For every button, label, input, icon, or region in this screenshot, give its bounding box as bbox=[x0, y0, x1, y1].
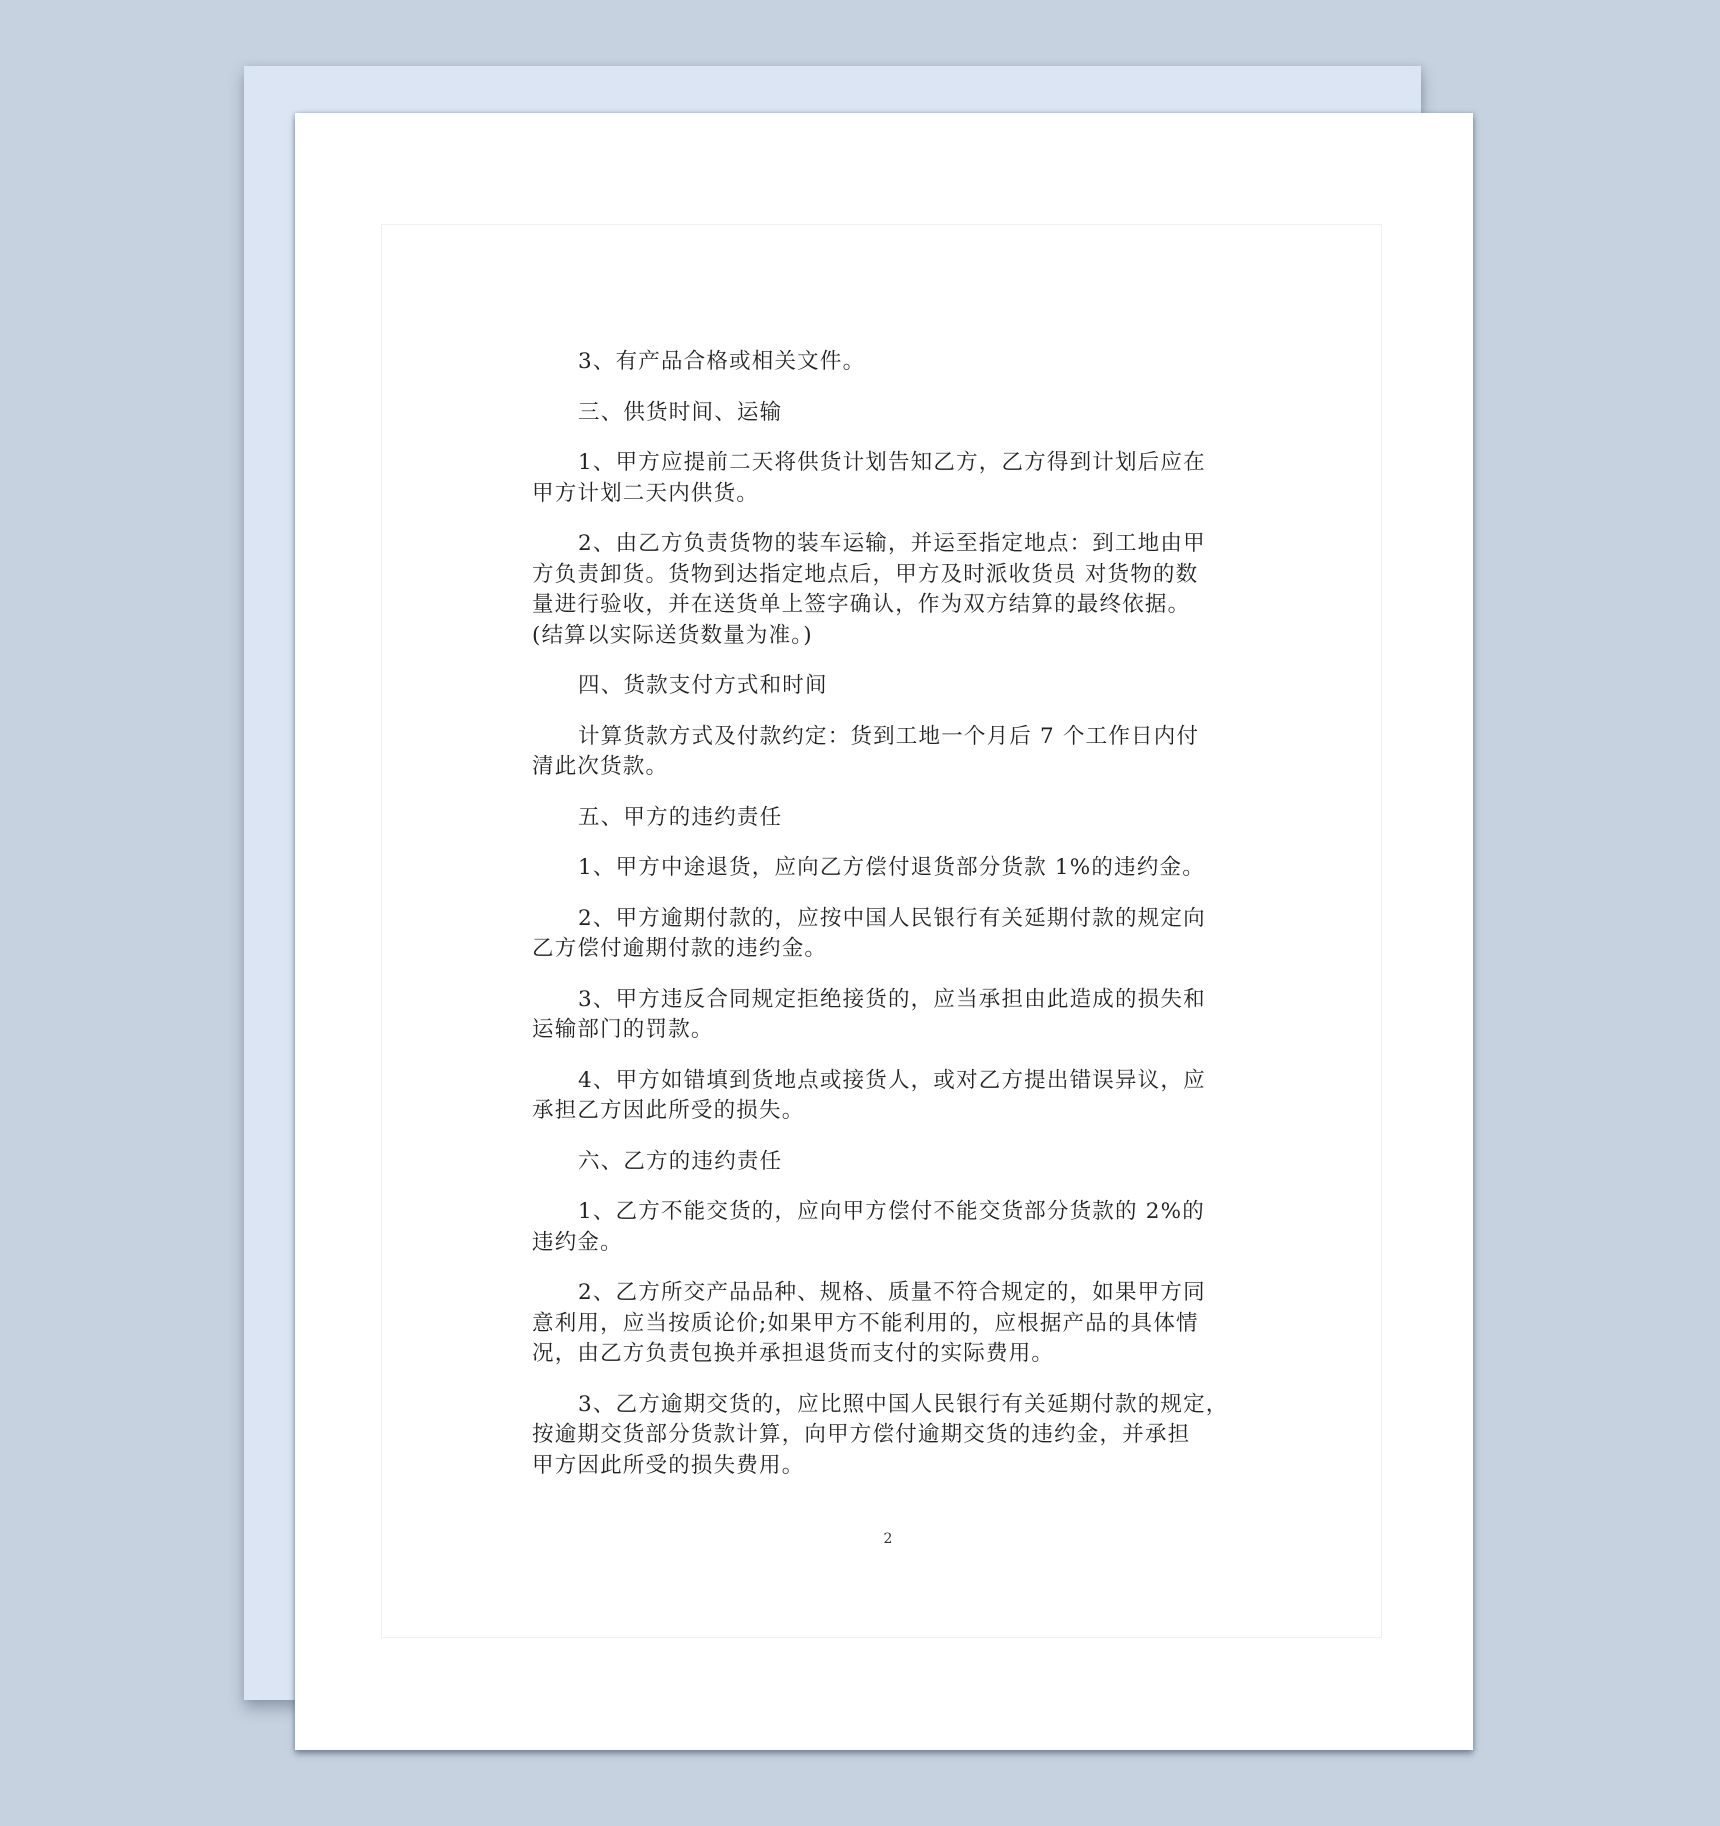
section-heading: 四、货款支付方式和时间 bbox=[532, 671, 1232, 702]
document-page: 3、有产品合格或相关文件。 三、供货时间、运输 1、甲方应提前二天将供货计划告知… bbox=[295, 113, 1473, 1750]
page-number: 2 bbox=[295, 1531, 1473, 1547]
list-item: 1、乙方不能交货的，应向甲方偿付不能交货部分货款的 2%的 违约金。 bbox=[532, 1197, 1232, 1258]
section-heading: 六、乙方的违约责任 bbox=[532, 1147, 1232, 1178]
list-item: 3、甲方违反合同规定拒绝接货的，应当承担由此造成的损失和 运输部门的罚款。 bbox=[532, 985, 1232, 1046]
list-item: 2、乙方所交产品品种、规格、质量不符合规定的，如果甲方同 意利用，应当按质论价;… bbox=[532, 1278, 1232, 1370]
list-item: 2、甲方逾期付款的，应按中国人民银行有关延期付款的规定向 乙方偿付逾期付款的违约… bbox=[532, 904, 1232, 965]
list-item: 2、由乙方负责货物的装车运输，并运至指定地点：到工地由甲 方负责卸货。货物到达指… bbox=[532, 529, 1232, 651]
list-item: 计算货款方式及付款约定：货到工地一个月后 7 个工作日内付 清此次货款。 bbox=[532, 722, 1232, 783]
list-item: 3、乙方逾期交货的，应比照中国人民银行有关延期付款的规定， 按逾期交货部分货款计… bbox=[532, 1390, 1232, 1482]
list-item: 4、甲方如错填到货地点或接货人，或对乙方提出错误异议，应 承担乙方因此所受的损失… bbox=[532, 1066, 1232, 1127]
document-body: 3、有产品合格或相关文件。 三、供货时间、运输 1、甲方应提前二天将供货计划告知… bbox=[532, 347, 1232, 1501]
section-heading: 五、甲方的违约责任 bbox=[532, 803, 1232, 834]
list-item: 3、有产品合格或相关文件。 bbox=[532, 347, 1232, 378]
list-item: 1、甲方中途退货，应向乙方偿付退货部分货款 1%的违约金。 bbox=[532, 853, 1232, 884]
list-item: 1、甲方应提前二天将供货计划告知乙方，乙方得到计划后应在 甲方计划二天内供货。 bbox=[532, 448, 1232, 509]
section-heading: 三、供货时间、运输 bbox=[532, 398, 1232, 429]
